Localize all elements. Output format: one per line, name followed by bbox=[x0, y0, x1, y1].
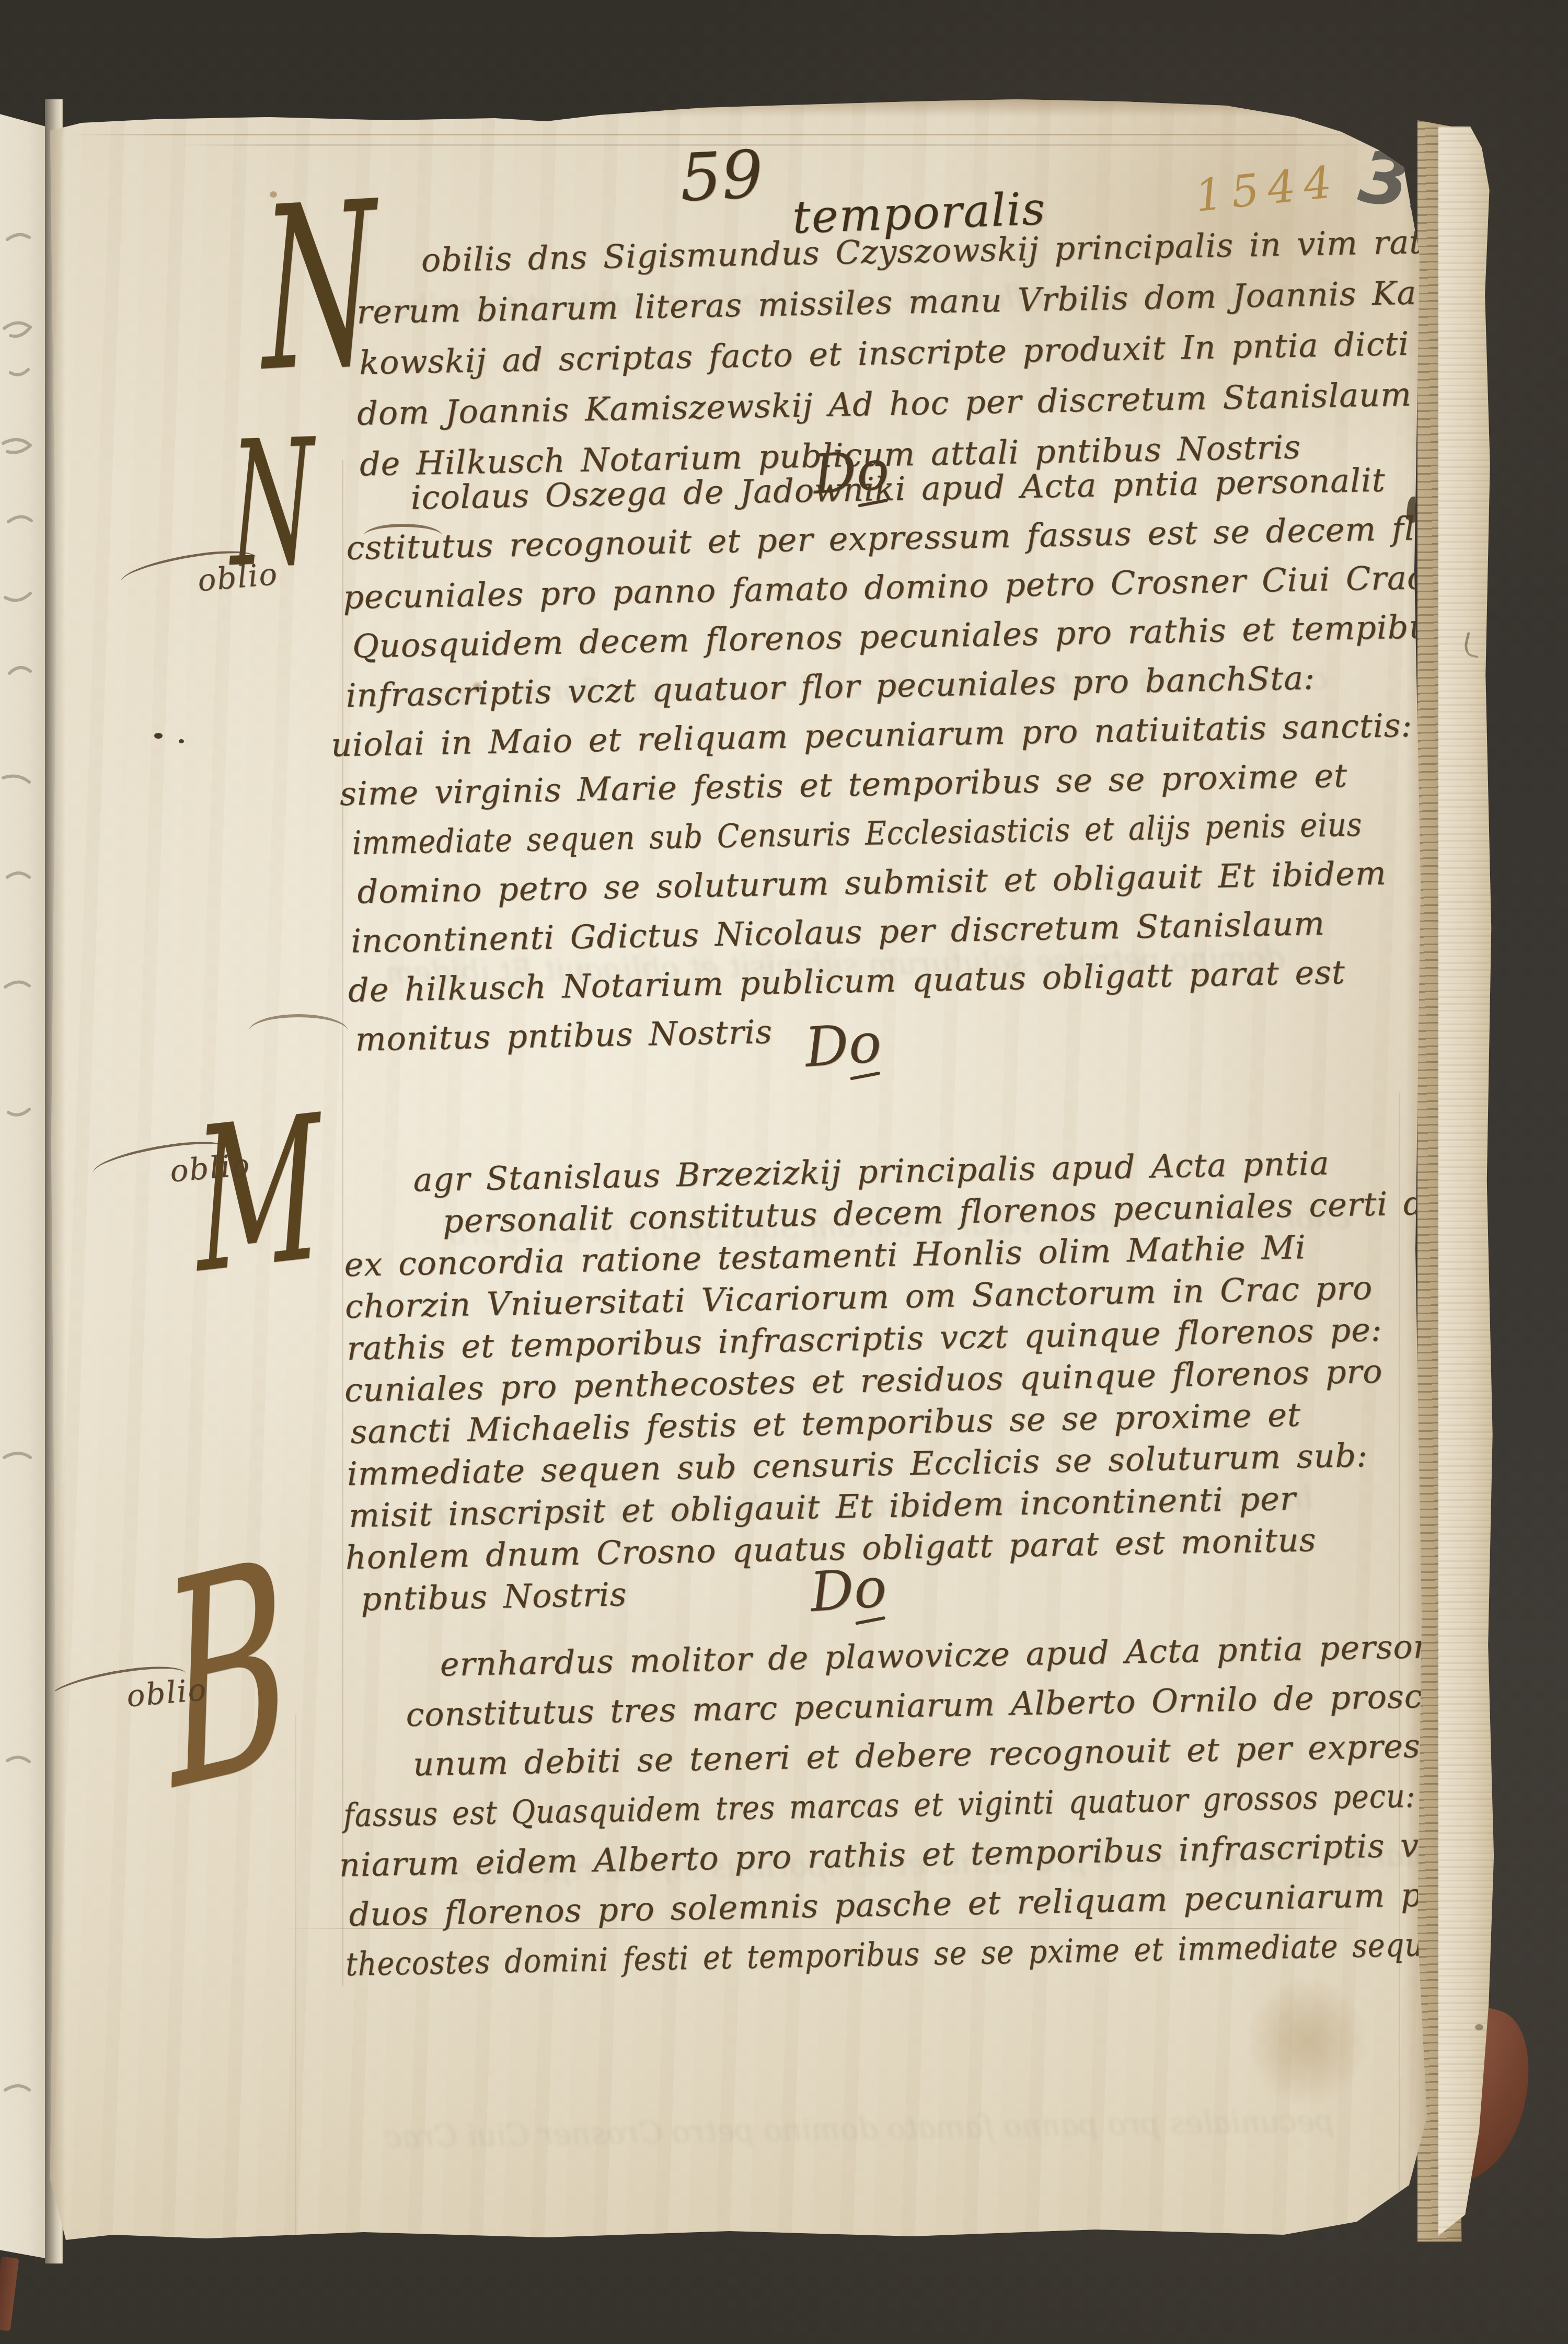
drop-cap-initial: M bbox=[192, 1111, 325, 1280]
show-through-text: pecuniales pro panno famato domino petro… bbox=[385, 2102, 1334, 2155]
flourish-arc bbox=[249, 1014, 348, 1049]
paragraph-end-mark: Do bbox=[803, 1010, 883, 1079]
facing-page-edge bbox=[0, 88, 48, 2272]
paragraph-end-mark: Do bbox=[808, 1555, 889, 1624]
entry-4: ernhardus molitor de plawovicze apud Act… bbox=[342, 1619, 1568, 1989]
year-annotation: 1544 bbox=[1193, 156, 1343, 222]
facing-page-ghost-writing bbox=[0, 88, 48, 2272]
manuscript-photo: Quosquidem decem florenos pecuniales pro… bbox=[0, 0, 1568, 2344]
margin-note-oblio: oblio bbox=[168, 1146, 251, 1189]
margin-ink-dot bbox=[154, 733, 163, 739]
quire-number: 59 bbox=[678, 136, 765, 216]
manuscript-page: Quosquidem decem florenos pecuniales pro… bbox=[50, 99, 1427, 2256]
stain-blotch bbox=[1247, 1976, 1367, 2107]
margin-note-oblio: oblio bbox=[125, 1671, 208, 1714]
entry-3: agr Stanislaus Brzezizkij principalis ap… bbox=[342, 1139, 1508, 1620]
top-fold-line-2 bbox=[176, 144, 1393, 146]
entry-2: icolaus Oszega de Jadowniki apud Acta pn… bbox=[342, 454, 1479, 1064]
top-fold-line bbox=[66, 134, 1404, 135]
margin-note-oblio: oblio bbox=[196, 556, 279, 598]
fore-edge-speck bbox=[1475, 2024, 1483, 2030]
margin-ink-dot bbox=[179, 739, 184, 743]
entry-1: obilis dns Sigismundus Czyszowskij princ… bbox=[342, 215, 1496, 490]
